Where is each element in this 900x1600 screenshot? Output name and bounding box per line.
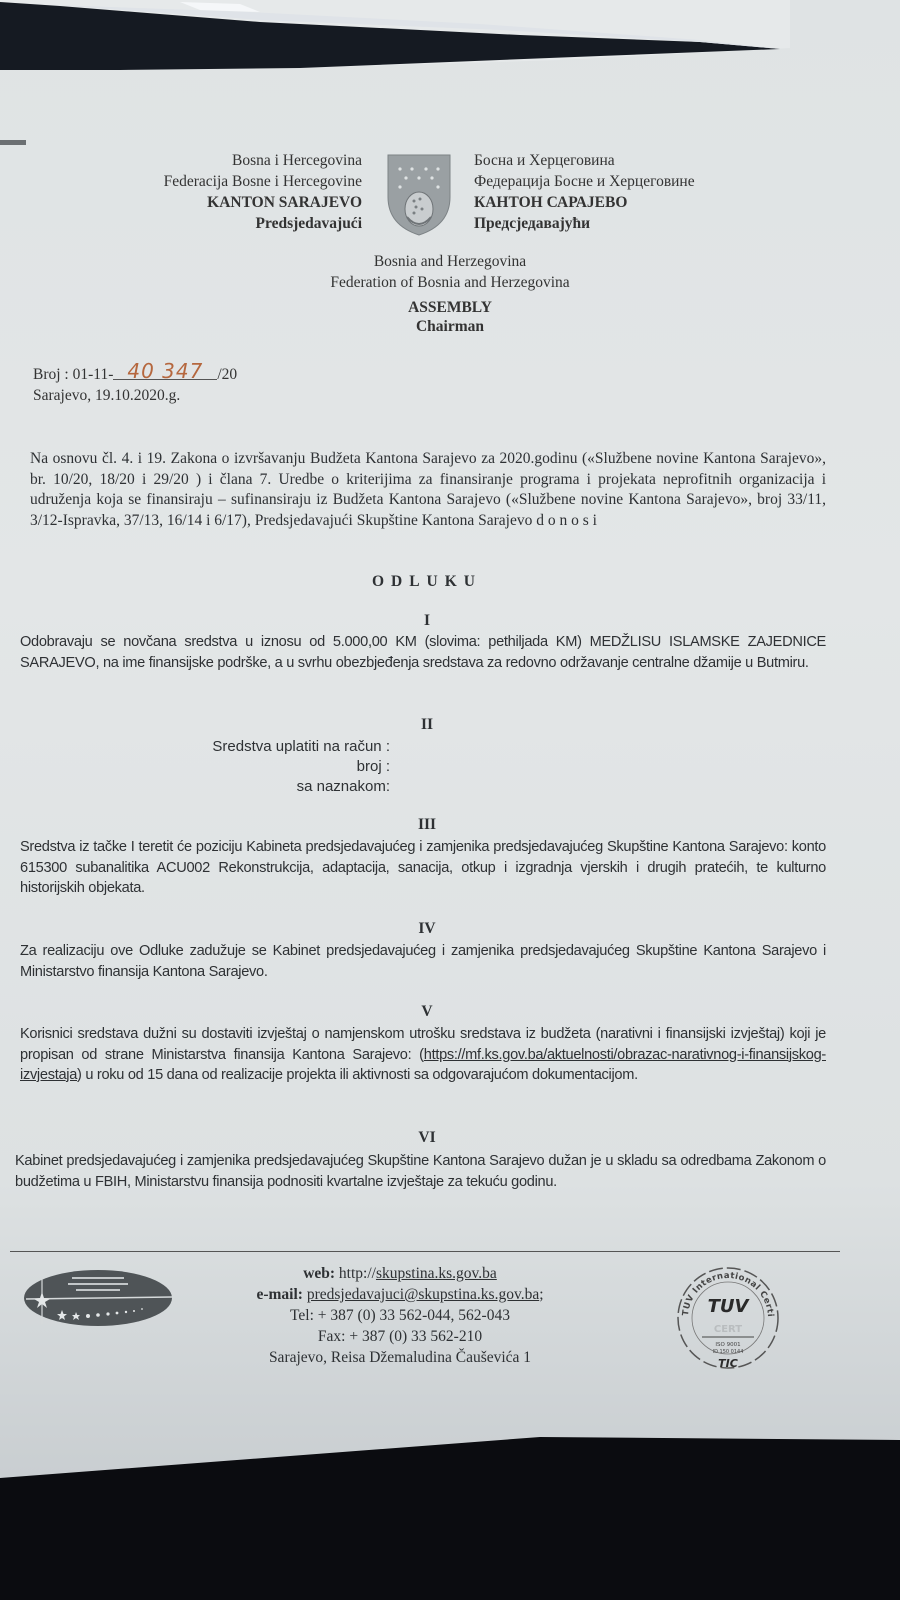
federation-name-english: Federation of Bosnia and Herzegovina <box>200 272 700 293</box>
web-prefix: http:// <box>339 1265 376 1282</box>
svg-text:TIC: TIC <box>718 1357 738 1370</box>
handwritten-number: 40 347 <box>113 363 217 380</box>
svg-text:CERT: CERT <box>714 1324 742 1335</box>
section-numeral-iv: IV <box>0 920 854 938</box>
place-date: Sarajevo, 19.10.2020.g. <box>33 385 237 406</box>
svg-text:ISO 9001: ISO 9001 <box>715 1342 740 1348</box>
section-i-text: Odobravaju se novčana sredstva u iznosu … <box>20 632 826 673</box>
header-assembly: ASSEMBLY Chairman <box>200 298 700 336</box>
footer-fax: Fax: + 387 (0) 33 562-210 <box>190 1326 610 1347</box>
canton-name-cyrillic: КАНТОН САРАЈЕВО <box>474 192 774 213</box>
photo-shadow-flap <box>0 0 900 80</box>
footer-tel: Tel: + 387 (0) 33 562-044, 562-043 <box>190 1305 610 1326</box>
footer-divider <box>10 1251 840 1252</box>
account-reference-label: sa naznakom: <box>180 777 390 797</box>
assembly-ellipse-logo-icon <box>22 1268 174 1328</box>
reference-block: Broj : 01-11-40 347/20 Sarajevo, 19.10.2… <box>33 363 237 406</box>
section-v-text-end: ) u roku od 15 dana od realizacije proje… <box>77 1067 638 1083</box>
account-labels: Sredstva uplatiti na račun : broj : sa n… <box>180 737 390 797</box>
country-name: Bosna i Hercegovina <box>120 150 362 171</box>
assembly-label: ASSEMBLY <box>200 298 700 317</box>
office-name: Predsjedavajući <box>120 213 362 234</box>
section-iii-text: Sredstva iz tačke I teretit će poziciju … <box>20 837 826 899</box>
federation-name-cyrillic: Федерација Босне и Херцеговине <box>474 171 774 192</box>
coat-of-arms-icon <box>384 151 454 237</box>
certification-stamp-icon: TUV International Certification TUV CERT… <box>676 1262 780 1374</box>
footer-address: Sarajevo, Reisa Džemaludina Čauševića 1 <box>190 1347 610 1368</box>
document-page: Bosna i Hercegovina Federacija Bosne i H… <box>0 0 900 1478</box>
canton-name: KANTON SARAJEVO <box>120 192 362 213</box>
header-left-latin: Bosna i Hercegovina Federacija Bosne i H… <box>120 150 362 234</box>
footer-web: web: http://skupstina.ks.gov.ba <box>190 1263 610 1284</box>
reference-number: Broj : 01-11-40 347/20 <box>33 363 237 385</box>
section-vi-text: Kabinet predsjedavajućeg i zamjenika pre… <box>15 1151 826 1192</box>
footer-email: e-mail: predsjedavajuci@skupstina.ks.gov… <box>190 1284 610 1305</box>
header-right-cyrillic: Босна и Херцеговина Федерација Босне и Х… <box>474 150 774 234</box>
svg-text:TUV: TUV <box>708 1296 751 1317</box>
account-label: Sredstva uplatiti na račun : <box>180 737 390 757</box>
reference-suffix: /20 <box>217 366 237 383</box>
section-numeral-i: I <box>0 612 854 630</box>
country-name-english: Bosnia and Herzegovina <box>200 251 700 272</box>
preamble: Na osnovu čl. 4. i 19. Zakona o izvršava… <box>30 449 826 531</box>
email-link[interactable]: predsjedavajuci@skupstina.ks.gov.ba <box>307 1286 539 1303</box>
edge-mark <box>0 140 26 145</box>
section-numeral-iii: III <box>0 816 854 834</box>
page-number: 1 / <box>858 1448 877 1468</box>
header-english: Bosnia and Herzegovina Federation of Bos… <box>200 251 700 293</box>
web-link[interactable]: skupstina.ks.gov.ba <box>376 1265 497 1282</box>
account-number-label: broj : <box>180 757 390 777</box>
section-iv-text: Za realizaciju ove Odluke zadužuje se Ka… <box>20 941 826 982</box>
svg-text:ID 150 0144: ID 150 0144 <box>713 1349 744 1355</box>
email-suffix: ; <box>539 1286 543 1303</box>
footer-contact: web: http://skupstina.ks.gov.ba e-mail: … <box>190 1263 610 1368</box>
web-label: web: <box>303 1265 335 1282</box>
office-name-cyrillic: Предсједавајући <box>474 213 774 234</box>
section-numeral-v: V <box>0 1003 854 1021</box>
email-label: e-mail: <box>256 1286 302 1303</box>
section-v-text: Korisnici sredstava dužni su dostaviti i… <box>20 1024 826 1086</box>
country-name-cyrillic: Босна и Херцеговина <box>474 150 774 171</box>
decision-title: ODLUKU <box>0 573 854 591</box>
chairman-label: Chairman <box>200 317 700 336</box>
section-numeral-ii: II <box>0 716 854 734</box>
federation-name: Federacija Bosne i Hercegovine <box>120 171 362 192</box>
section-numeral-vi: VI <box>0 1129 854 1147</box>
reference-prefix: Broj : 01-11- <box>33 366 113 383</box>
